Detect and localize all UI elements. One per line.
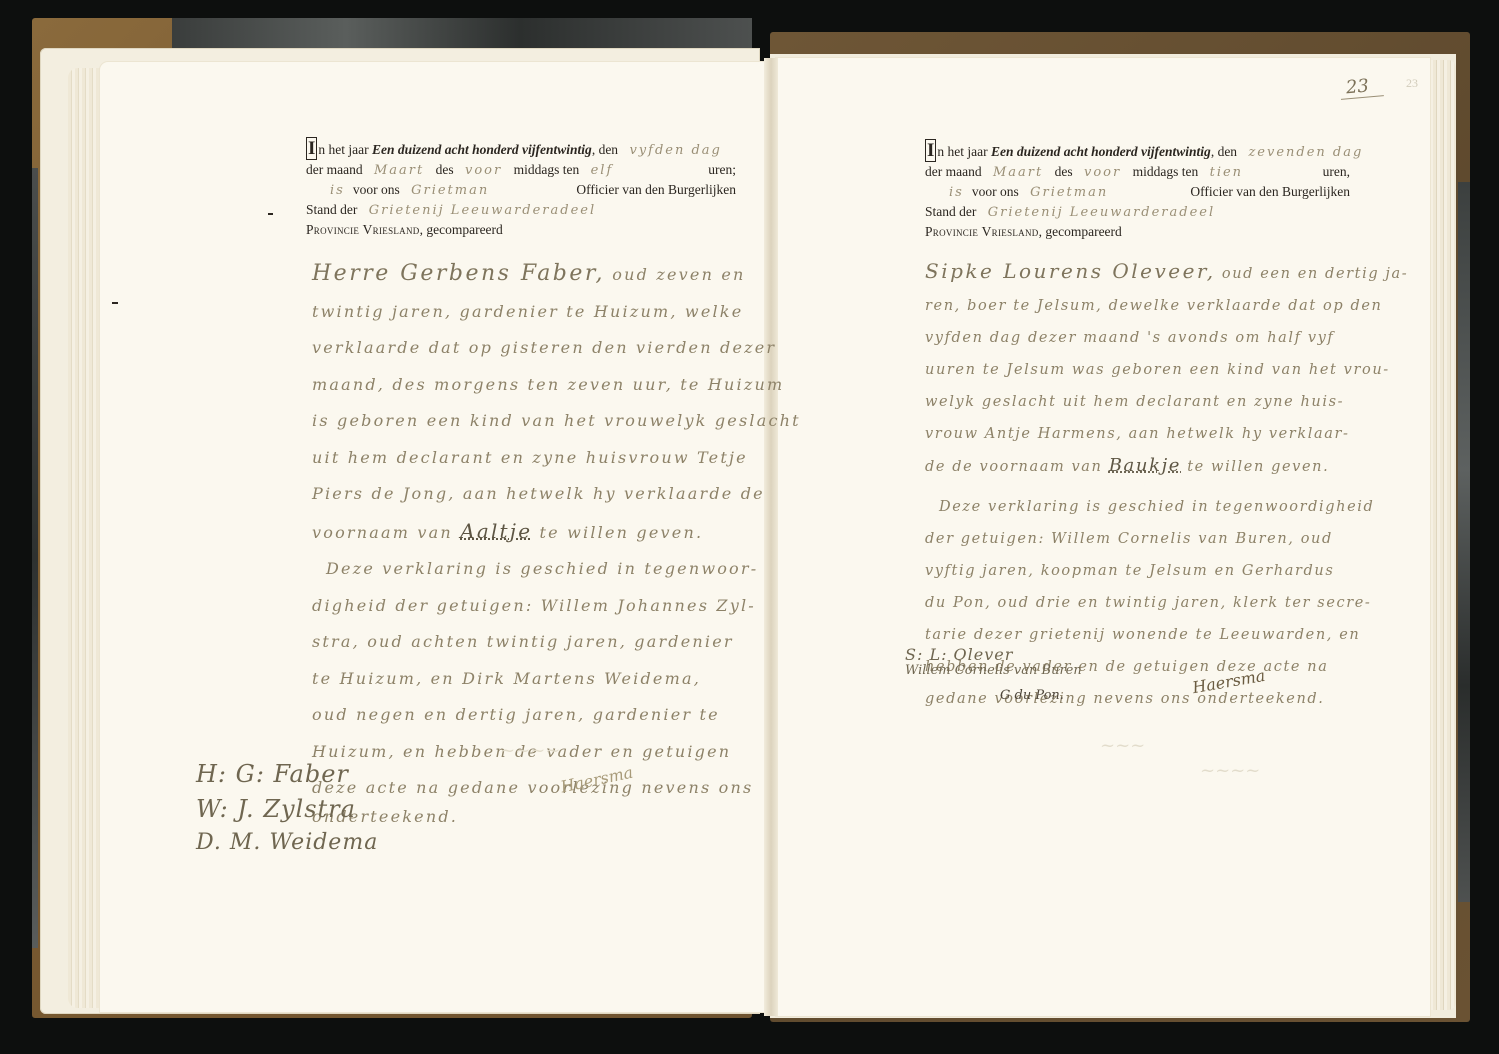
month-handwritten: Maart bbox=[374, 163, 424, 178]
form-text: voor ons bbox=[972, 184, 1019, 199]
form-text: Officier van den Burgerlijken bbox=[576, 180, 736, 200]
year-text: Een duizend acht honderd vijfentwintig bbox=[372, 142, 592, 157]
form-text: des bbox=[1055, 164, 1073, 179]
form-handwritten: is bbox=[949, 185, 964, 200]
bleed-through-ink: ~~~~ bbox=[1200, 760, 1260, 781]
witness-line: du Pon, oud drie en twintig jaren, klerk… bbox=[925, 587, 1415, 619]
witness-line: vyftig jaren, koopman te Jelsum en Gerha… bbox=[925, 555, 1415, 587]
record-line: is geboren een kind van het vrouwelyk ge… bbox=[312, 403, 762, 440]
page-edges-right bbox=[1426, 60, 1456, 1010]
marbled-board-right bbox=[1458, 182, 1470, 902]
record-text: oud zeven en bbox=[612, 265, 745, 284]
record-line: voornaam van Aaltje te willen geven. bbox=[312, 513, 762, 552]
marbled-board-side bbox=[32, 168, 38, 948]
record-line: de de voornaam van Baukje te willen geve… bbox=[925, 450, 1415, 483]
form-text: der maand bbox=[925, 164, 982, 179]
record-text: te willen geven. bbox=[1187, 459, 1329, 475]
witness-line: gedane voorlezing nevens ons onderteeken… bbox=[925, 683, 1415, 715]
folio-number: 23 bbox=[1339, 74, 1384, 100]
municipality-handwritten: Grietenij Leeuwarderadeel bbox=[988, 205, 1215, 220]
witness-line: te Huizum, en Dirk Martens Weidema, bbox=[312, 661, 762, 698]
signature-father: S: L: Olever bbox=[905, 645, 1013, 664]
bleed-through-ink: ~~~~ bbox=[500, 740, 560, 761]
drop-cap: I bbox=[306, 137, 317, 160]
witness-line: digheid der getuigen: Willem Johannes Zy… bbox=[312, 588, 762, 625]
signature-witness-1: Willem Cornelis van Buren bbox=[905, 663, 1082, 678]
declarant-name: Sipke Lourens Oleveer, bbox=[925, 259, 1216, 283]
record-text: voornaam van bbox=[312, 523, 453, 542]
form-line-stand: Stand der Grietenij Leeuwarderadeel bbox=[306, 200, 736, 220]
form-text: n het jaar bbox=[318, 142, 368, 157]
form-text: Stand der bbox=[306, 202, 357, 217]
record-line: uuren te Jelsum was geboren een kind van… bbox=[925, 354, 1415, 386]
record-line: twintig jaren, gardenier te Huizum, welk… bbox=[312, 294, 762, 331]
ampm-handwritten: voor bbox=[1084, 165, 1121, 180]
municipality-handwritten: Grietenij Leeuwarderadeel bbox=[369, 203, 596, 218]
record-line: vrouw Antje Harmens, aan hetwelk hy verk… bbox=[925, 418, 1415, 450]
book-gutter bbox=[764, 58, 778, 1016]
ampm-handwritten: voor bbox=[465, 163, 502, 178]
record-text: de de voornaam van bbox=[925, 459, 1103, 475]
ink-mark bbox=[268, 213, 273, 215]
signature-witness-2: G du Pon. bbox=[1000, 688, 1064, 703]
form-text: Officier van den Burgerlijken bbox=[1190, 182, 1350, 202]
form-text: der maand bbox=[306, 162, 363, 177]
form-line-stand: Stand der Grietenij Leeuwarderadeel bbox=[925, 202, 1350, 222]
hour-handwritten: tien bbox=[1210, 165, 1243, 180]
signature-father: H: G: Faber bbox=[196, 760, 349, 788]
form-handwritten: is bbox=[330, 183, 345, 198]
form-text: middags ten bbox=[1133, 164, 1199, 179]
form-text: n het jaar bbox=[937, 144, 987, 159]
witness-line: Deze verklaring is geschied in tegenwoor… bbox=[925, 491, 1415, 523]
official-handwritten: Grietman bbox=[1030, 185, 1108, 200]
form-line-month: der maand Maart des voor middags ten elf… bbox=[306, 160, 736, 180]
page-edges-left bbox=[68, 68, 104, 1008]
month-handwritten: Maart bbox=[993, 165, 1043, 180]
form-text: , den bbox=[592, 142, 618, 157]
province-text: Provincie Vriesland bbox=[306, 222, 420, 237]
record-line: Piers de Jong, aan hetwelk hy verklaarde… bbox=[312, 476, 762, 513]
province-text: Provincie Vriesland bbox=[925, 224, 1039, 239]
form-text: des bbox=[436, 162, 454, 177]
child-name: Aaltje bbox=[460, 519, 532, 543]
official-handwritten: Grietman bbox=[411, 183, 489, 198]
form-text: middags ten bbox=[514, 162, 580, 177]
record-line: Sipke Lourens Oleveer, oud een en dertig… bbox=[925, 255, 1415, 290]
left-printed-form: In het jaar Een duizend acht honderd vij… bbox=[306, 140, 736, 240]
form-line-officer: isvoor ons Grietman Officier van den Bur… bbox=[306, 180, 736, 200]
witness-line: der getuigen: Willem Cornelis van Buren,… bbox=[925, 523, 1415, 555]
form-text: uren, bbox=[1323, 162, 1350, 182]
form-text: Stand der bbox=[925, 204, 976, 219]
day-handwritten: zevenden dag bbox=[1248, 145, 1363, 160]
form-line-month: der maand Maart des voor middags ten tie… bbox=[925, 162, 1350, 182]
form-text: , gecompareerd bbox=[1039, 224, 1122, 239]
right-printed-form: In het jaar Een duizend acht honderd vij… bbox=[925, 142, 1350, 242]
form-text: , gecompareerd bbox=[420, 222, 503, 237]
record-text: te willen geven. bbox=[540, 523, 704, 542]
bleed-through-ink: ~~~ bbox=[1100, 735, 1145, 756]
record-text: oud een en dertig ja- bbox=[1222, 266, 1408, 282]
record-line: maand, des morgens ten zeven uur, te Hui… bbox=[312, 367, 762, 404]
declarant-name: Herre Gerbens Faber, bbox=[312, 261, 605, 286]
witness-line: onderteekend. bbox=[312, 807, 762, 827]
form-line-year: In het jaar Een duizend acht honderd vij… bbox=[306, 140, 736, 160]
form-line-officer: isvoor ons Grietman Officier van den Bur… bbox=[925, 182, 1350, 202]
child-name: Baukje bbox=[1109, 455, 1181, 476]
record-line: vyfden dag dezer maand 's avonds om half… bbox=[925, 322, 1415, 354]
year-text: Een duizend acht honderd vijfentwintig bbox=[991, 144, 1211, 159]
drop-cap: I bbox=[925, 139, 936, 162]
signature-witness-2: D. M. Weidema bbox=[196, 830, 378, 855]
form-line-year: In het jaar Een duizend acht honderd vij… bbox=[925, 142, 1350, 162]
folio-number-faint: 23 bbox=[1406, 76, 1418, 91]
day-handwritten: vyfden dag bbox=[629, 143, 721, 158]
scanned-book-spread: 23 23 In het jaar Een duizend acht honde… bbox=[0, 0, 1499, 1054]
form-line-province: Provincie Vriesland, gecompareerd bbox=[306, 220, 736, 240]
record-line: welyk geslacht uit hem declarant en zyne… bbox=[925, 386, 1415, 418]
record-line: ren, boer te Jelsum, dewelke verklaarde … bbox=[925, 290, 1415, 322]
witness-line: Deze verklaring is geschied in tegenwoor… bbox=[312, 551, 762, 588]
ink-mark bbox=[112, 302, 118, 304]
form-line-province: Provincie Vriesland, gecompareerd bbox=[925, 222, 1350, 242]
record-line: Herre Gerbens Faber, oud zeven en bbox=[312, 256, 762, 294]
hour-handwritten: elf bbox=[591, 163, 614, 178]
form-text: uren; bbox=[708, 160, 736, 180]
form-text: voor ons bbox=[353, 182, 400, 197]
witness-line: oud negen en dertig jaren, gardenier te bbox=[312, 697, 762, 734]
witness-line: deze acte na gedane voorlezing nevens on… bbox=[312, 770, 762, 807]
signature-witness-1: W: J. Zylstra bbox=[196, 795, 356, 823]
record-line: uit hem declarant en zyne huisvrouw Tetj… bbox=[312, 440, 762, 477]
form-text: , den bbox=[1211, 144, 1237, 159]
record-line: verklaarde dat op gisteren den vierden d… bbox=[312, 330, 762, 367]
witness-line: stra, oud achten twintig jaren, gardenie… bbox=[312, 624, 762, 661]
